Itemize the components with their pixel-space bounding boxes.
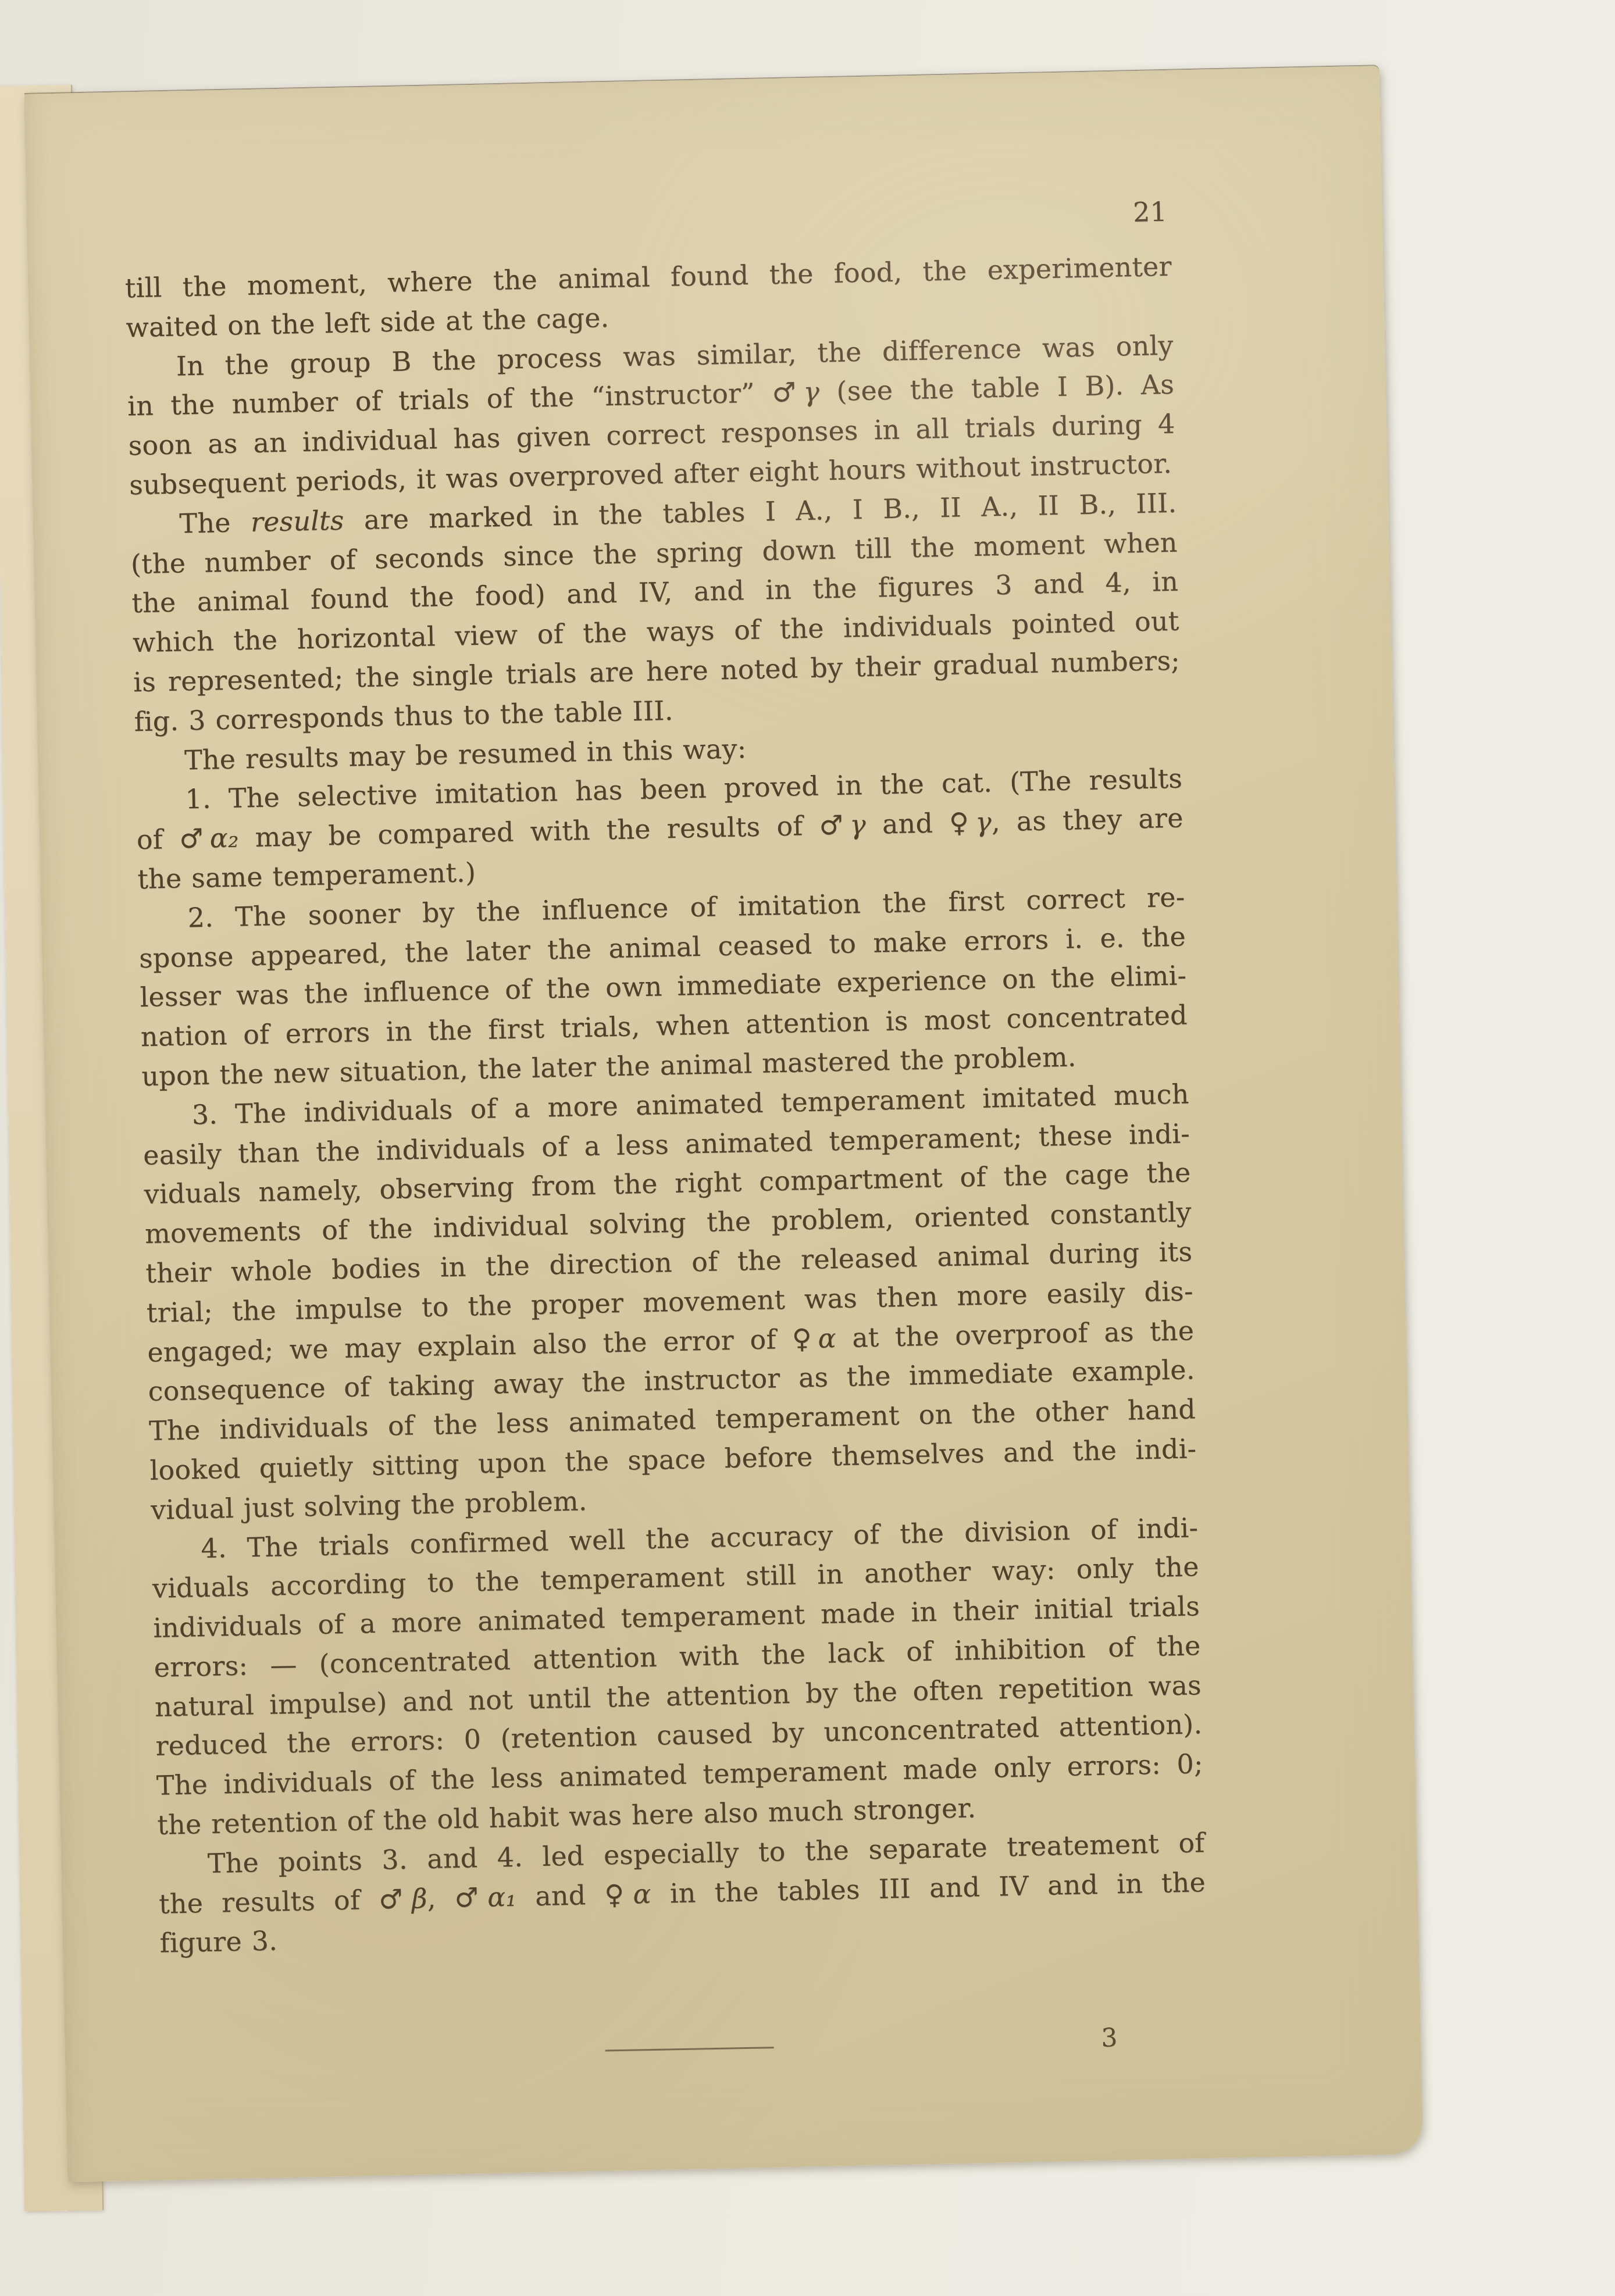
paragraph: The results are marked in the tables I A… [130, 483, 1181, 741]
book-page: 21 till the moment, where the animal fou… [24, 66, 1423, 2182]
page-number: 21 [124, 197, 1168, 248]
body-text: till the moment, where the animal found … [124, 247, 1207, 1963]
signature-mark: 3 [1054, 2022, 1165, 2054]
section-divider [605, 2047, 774, 2051]
paragraph: 3. The individuals of a more animated te… [142, 1074, 1197, 1530]
paragraph: The points 3. and 4. led especially to t… [158, 1823, 1207, 1963]
paragraph: 1. The selective imitation has been prov… [136, 759, 1185, 899]
paragraph: In the group B the process was similar, … [126, 326, 1176, 505]
paragraph: 4. The trials confirmed well the accurac… [151, 1508, 1204, 1845]
paragraph: 2. The sooner by the influence of imitat… [138, 877, 1189, 1097]
